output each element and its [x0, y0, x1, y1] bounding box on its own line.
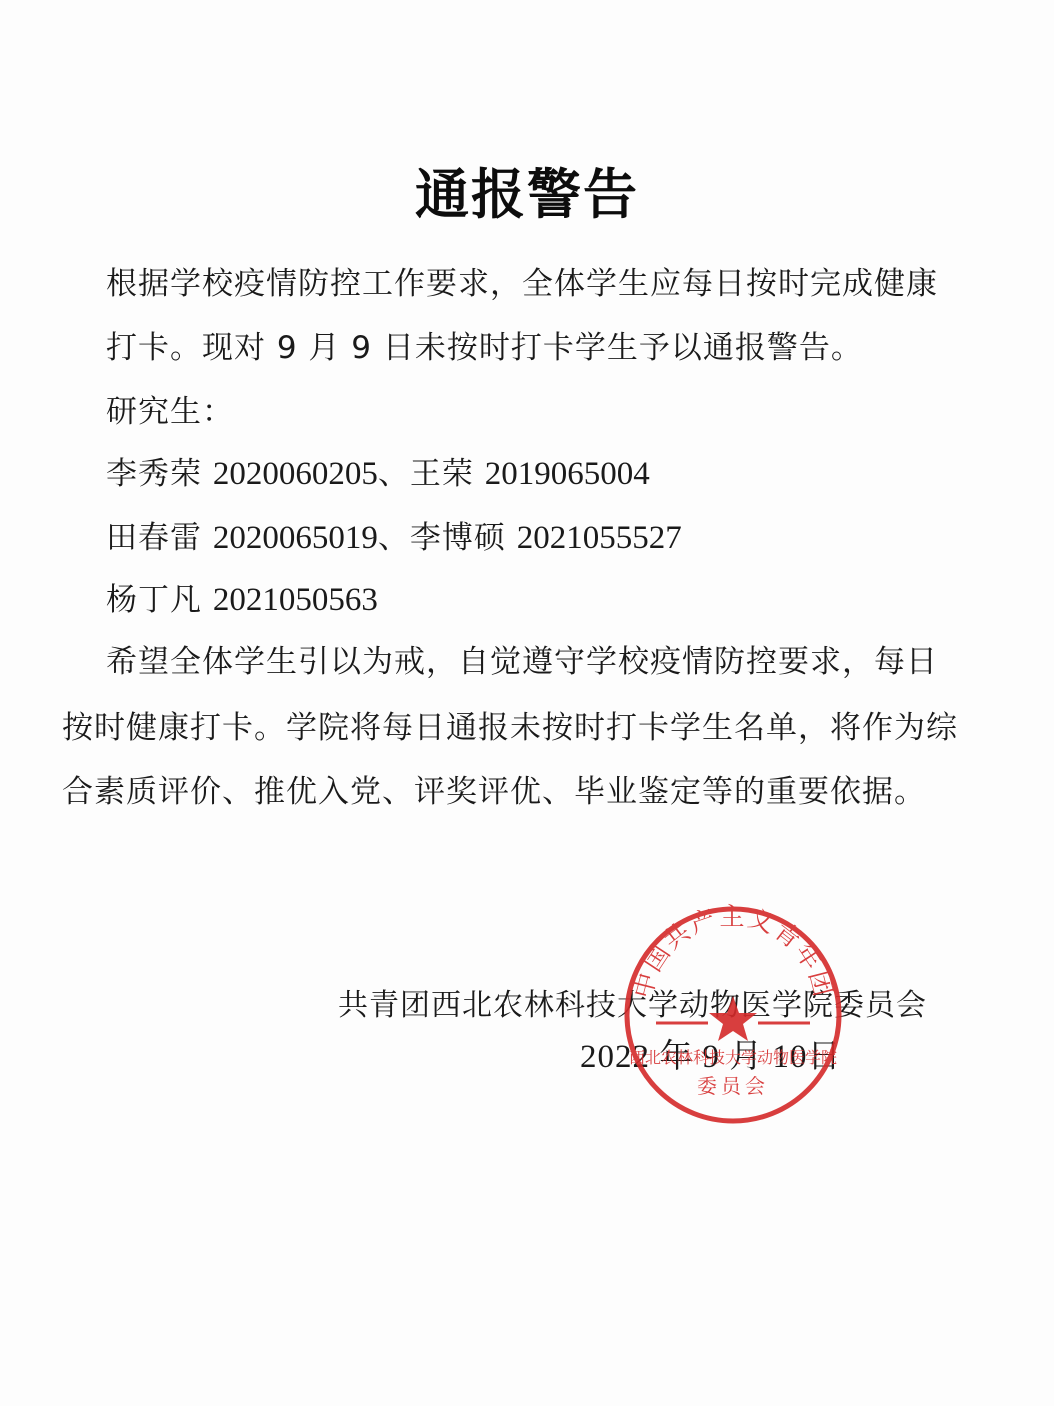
student-id: 2021050563 — [213, 582, 378, 618]
stamp-top-text: 中国共产主义青年团 — [628, 902, 838, 1001]
student-id: 2020065019 — [213, 520, 378, 556]
student-id: 2019065004 — [485, 456, 650, 492]
separator: 、 — [378, 456, 410, 492]
svg-text:中国共产主义青年团: 中国共产主义青年团 — [628, 902, 838, 1001]
separator: 、 — [378, 520, 410, 556]
closing-line-3: 合素质评价、推优入党、评奖评优、毕业鉴定等的重要依据。 — [62, 766, 926, 811]
stamp-middle-text: 西北农林科技大学动物医学院 — [629, 1048, 837, 1067]
intro-line-2: 打卡。现对 9 月 9 日未按时打卡学生予以通报警告。 — [106, 322, 863, 367]
student-name: 李博硕 — [410, 520, 506, 556]
student-id: 2020060205 — [213, 456, 378, 492]
student-name: 李秀荣 — [106, 456, 202, 492]
document-title: 通报警告 — [0, 152, 1054, 229]
student-row-3: 杨丁凡 2021050563 — [106, 574, 378, 619]
stamp-bottom-text: 委员会 — [697, 1074, 769, 1098]
student-name: 王荣 — [410, 456, 474, 492]
student-name: 田春雷 — [106, 520, 202, 556]
closing-line-2: 按时健康打卡。学院将每日通报未按时打卡学生名单，将作为综 — [62, 702, 958, 747]
category-label: 研究生： — [106, 386, 234, 431]
document-page: 通报警告 根据学校疫情防控工作要求，全体学生应每日按时完成健康 打卡。现对 9 … — [0, 0, 1054, 1406]
student-name: 杨丁凡 — [106, 582, 202, 618]
closing-line-1: 希望全体学生引以为戒，自觉遵守学校疫情防控要求，每日 — [106, 636, 938, 681]
student-row-1: 李秀荣 2020060205、王荣 2019065004 — [106, 448, 650, 493]
student-row-2: 田春雷 2020065019、李博硕 2021055527 — [106, 512, 682, 557]
official-seal-icon: 中国共产主义青年团 西北农林科技大学动物医学院 委员会 — [618, 900, 848, 1130]
student-id: 2021055527 — [517, 520, 682, 556]
intro-line-1: 根据学校疫情防控工作要求，全体学生应每日按时完成健康 — [106, 258, 938, 303]
